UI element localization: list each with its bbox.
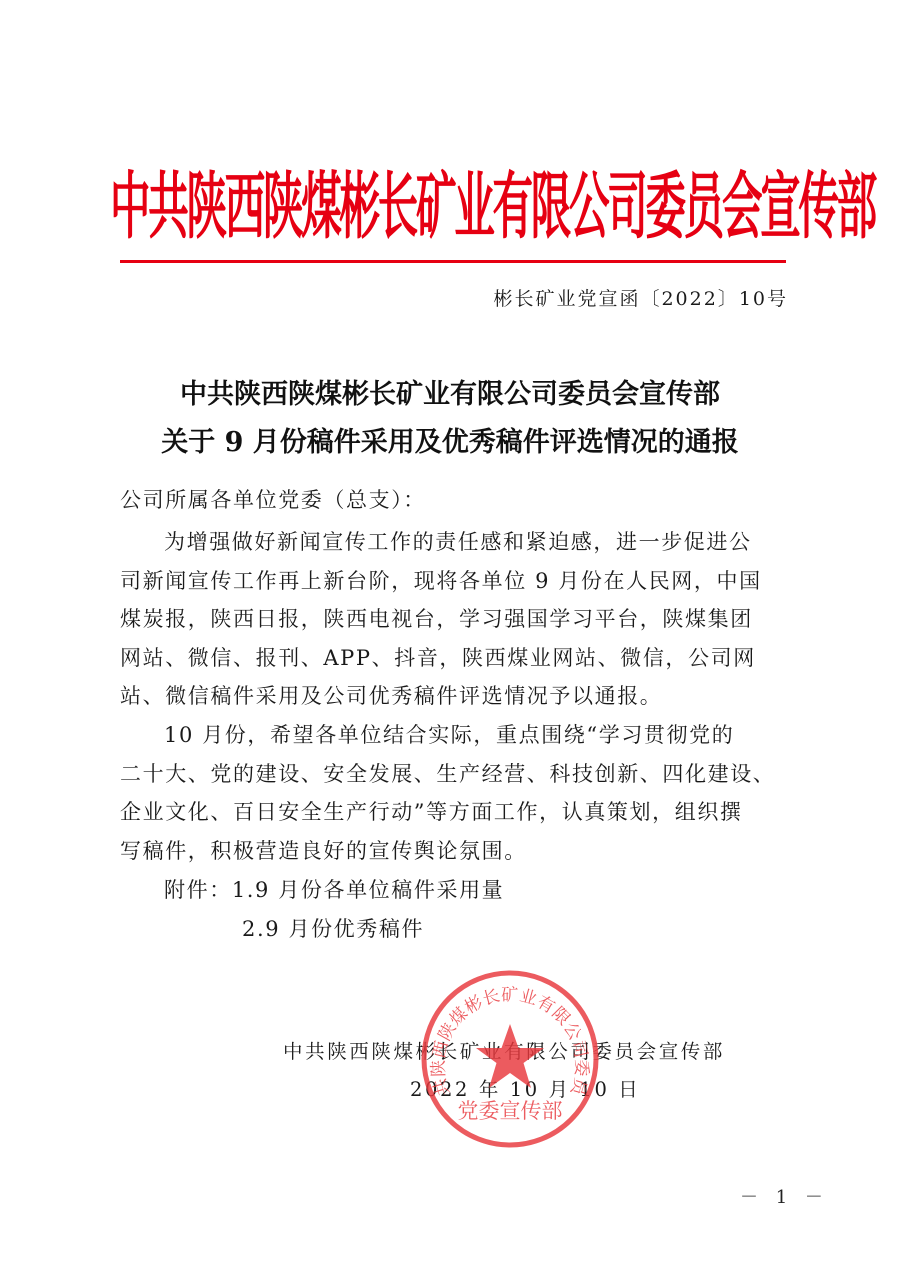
paragraph-line: 网站、微信、报刊、APP、抖音，陕西煤业网站、微信，公司网 bbox=[120, 639, 790, 678]
document-number: 彬长矿业党宣函〔2022〕10号 bbox=[493, 284, 788, 311]
paragraph-line: 10 月份，希望各单位结合实际，重点围绕“学习贯彻党的 bbox=[120, 716, 790, 755]
paragraph-line: 二十大、党的建设、安全发展、生产经营、科技创新、四化建设、 bbox=[120, 755, 790, 794]
paragraph-line: 司新闻宣传工作再上新台阶，现将各单位 9 月份在人民网，中国 bbox=[120, 562, 790, 601]
star-icon bbox=[476, 1024, 544, 1088]
paragraph-line: 企业文化、百日安全生产行动”等方面工作，认真策划，组织撰 bbox=[120, 793, 790, 832]
letterhead-org-title: 中共陕西陕煤彬长矿业有限公司委员会宣传部 bbox=[110, 152, 620, 263]
attachment-item-2: 2.9 月份优秀稿件 bbox=[164, 910, 504, 949]
paragraph-line: 写稿件，积极营造良好的宣传舆论氛围。 bbox=[120, 832, 790, 871]
paragraph-line: 站、微信稿件采用及公司优秀稿件评选情况予以通报。 bbox=[120, 677, 790, 716]
paragraph-line: 为增强做好新闻宣传工作的责任感和紧迫感，进一步促进公 bbox=[120, 523, 790, 562]
official-seal: 中共陕西陕煤彬长矿业有限公司委员会 党委宣传部 bbox=[419, 968, 601, 1150]
page-number: － 1 － bbox=[740, 1183, 829, 1209]
paragraph-2: 10 月份，希望各单位结合实际，重点围绕“学习贯彻党的 二十大、党的建设、安全发… bbox=[120, 716, 790, 870]
attachments: 附件：1.9 月份各单位稿件采用量 2.9 月份优秀稿件 bbox=[164, 871, 504, 948]
attachments-label: 附件： bbox=[164, 878, 232, 902]
notice-title-line1: 中共陕西陕煤彬长矿业有限公司委员会宣传部 bbox=[0, 372, 900, 411]
seal-bottom-text: 党委宣传部 bbox=[458, 1099, 563, 1123]
attachment-item-1: 附件：1.9 月份各单位稿件采用量 bbox=[164, 871, 504, 910]
salutation: 公司所属各单位党委（总支）： bbox=[120, 481, 426, 520]
paragraph-1: 为增强做好新闻宣传工作的责任感和紧迫感，进一步促进公 司新闻宣传工作再上新台阶，… bbox=[120, 523, 790, 716]
notice-title-line2: 关于 9 月份稿件采用及优秀稿件评选情况的通报 bbox=[0, 420, 900, 459]
letterhead-red-rule bbox=[120, 260, 786, 263]
svg-text:中共陕西陕煤彬长矿业有限公司委员会: 中共陕西陕煤彬长矿业有限公司委员会 bbox=[419, 968, 591, 1099]
paragraph-line: 煤炭报，陕西日报，陕西电视台，学习强国学习平台，陕煤集团 bbox=[120, 600, 790, 639]
seal-ring-text: 中共陕西陕煤彬长矿业有限公司委员会 bbox=[419, 968, 591, 1099]
